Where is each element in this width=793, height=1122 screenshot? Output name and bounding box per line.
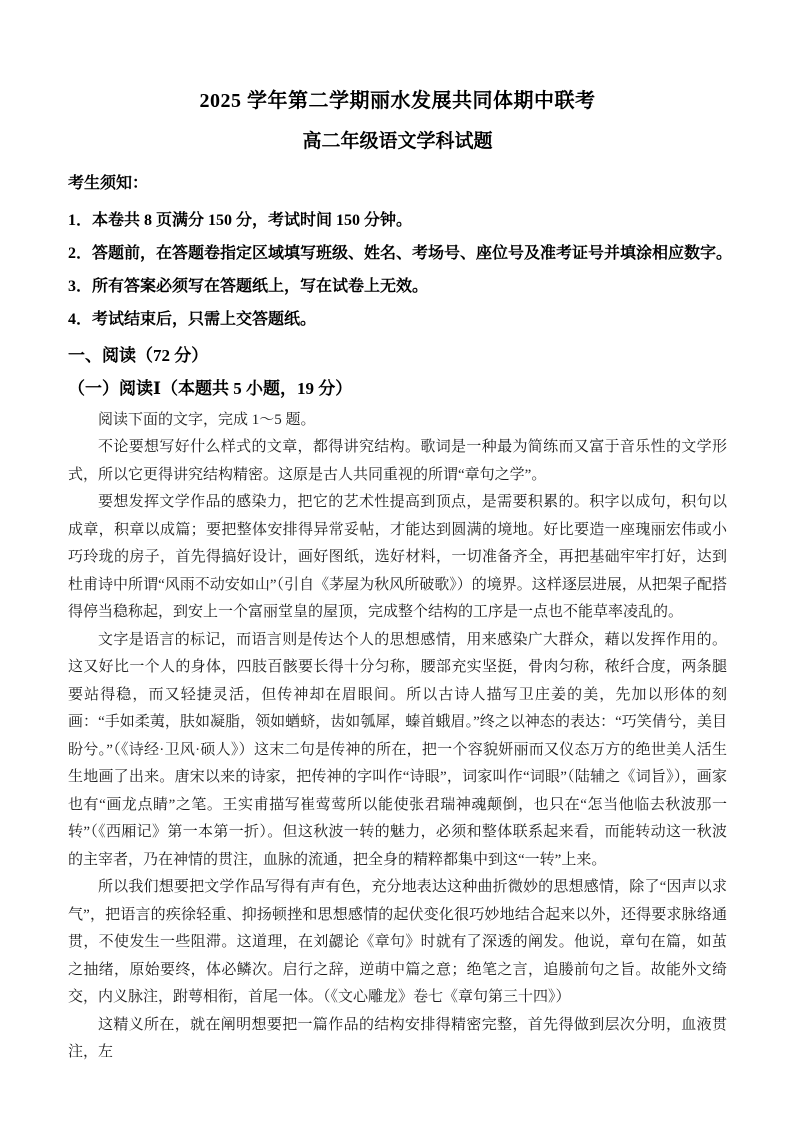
passage-paragraph: 文字是语言的标记，而语言则是传达个人的思想感情，用来感染广大群众，藉以发挥作用的… bbox=[68, 627, 727, 875]
notice-item: 2．答题前，在答题卷指定区域填写班级、姓名、考场号、座位号及准考证号并填涂相应数… bbox=[68, 237, 727, 270]
passage-paragraph: 要想发挥文学作品的感染力，把它的艺术性提高到顶点，是需要积累的。积字以成句，积句… bbox=[68, 489, 727, 627]
passage-paragraph: 这精义所在，就在阐明想要把一篇作品的结构安排得精密完整，首先得做到层次分明，血液… bbox=[68, 1012, 727, 1067]
reading-one-subheading: （一）阅读Ⅰ（本题共 5 小题，19 分） bbox=[68, 378, 727, 400]
notice-heading: 考生须知： bbox=[68, 174, 727, 194]
section-one-reading-heading: 一、阅读（72 分） bbox=[68, 345, 727, 367]
exam-paper-page: 2025 学年第二学期丽水发展共同体期中联考 高二年级语文学科试题 考生须知： … bbox=[0, 0, 793, 1122]
document-subtitle: 高二年级语文学科试题 bbox=[68, 130, 727, 154]
notice-item: 4．考试结束后，只需上交答题纸。 bbox=[68, 303, 727, 336]
notice-item: 1．本卷共 8 页满分 150 分，考试时间 150 分钟。 bbox=[68, 204, 727, 237]
reading-passage: 不论要想写好什么样式的文章，都得讲究结构。歌词是一种最为简练而又富于音乐性的文学… bbox=[68, 434, 727, 1067]
notice-list: 1．本卷共 8 页满分 150 分，考试时间 150 分钟。2．答题前，在答题卷… bbox=[68, 204, 727, 336]
passage-paragraph: 所以我们想要把文学作品写得有声有色，充分地表达这种曲折微妙的思想感情，除了“因声… bbox=[68, 874, 727, 1012]
passage-paragraph: 不论要想写好什么样式的文章，都得讲究结构。歌词是一种最为简练而又富于音乐性的文学… bbox=[68, 434, 727, 489]
document-title: 2025 学年第二学期丽水发展共同体期中联考 bbox=[68, 88, 727, 114]
notice-section: 考生须知： 1．本卷共 8 页满分 150 分，考试时间 150 分钟。2．答题… bbox=[68, 174, 727, 336]
notice-item: 3．所有答案必须写在答题纸上，写在试卷上无效。 bbox=[68, 270, 727, 303]
reading-instruction: 阅读下面的文字，完成 1～5 题。 bbox=[68, 409, 727, 431]
